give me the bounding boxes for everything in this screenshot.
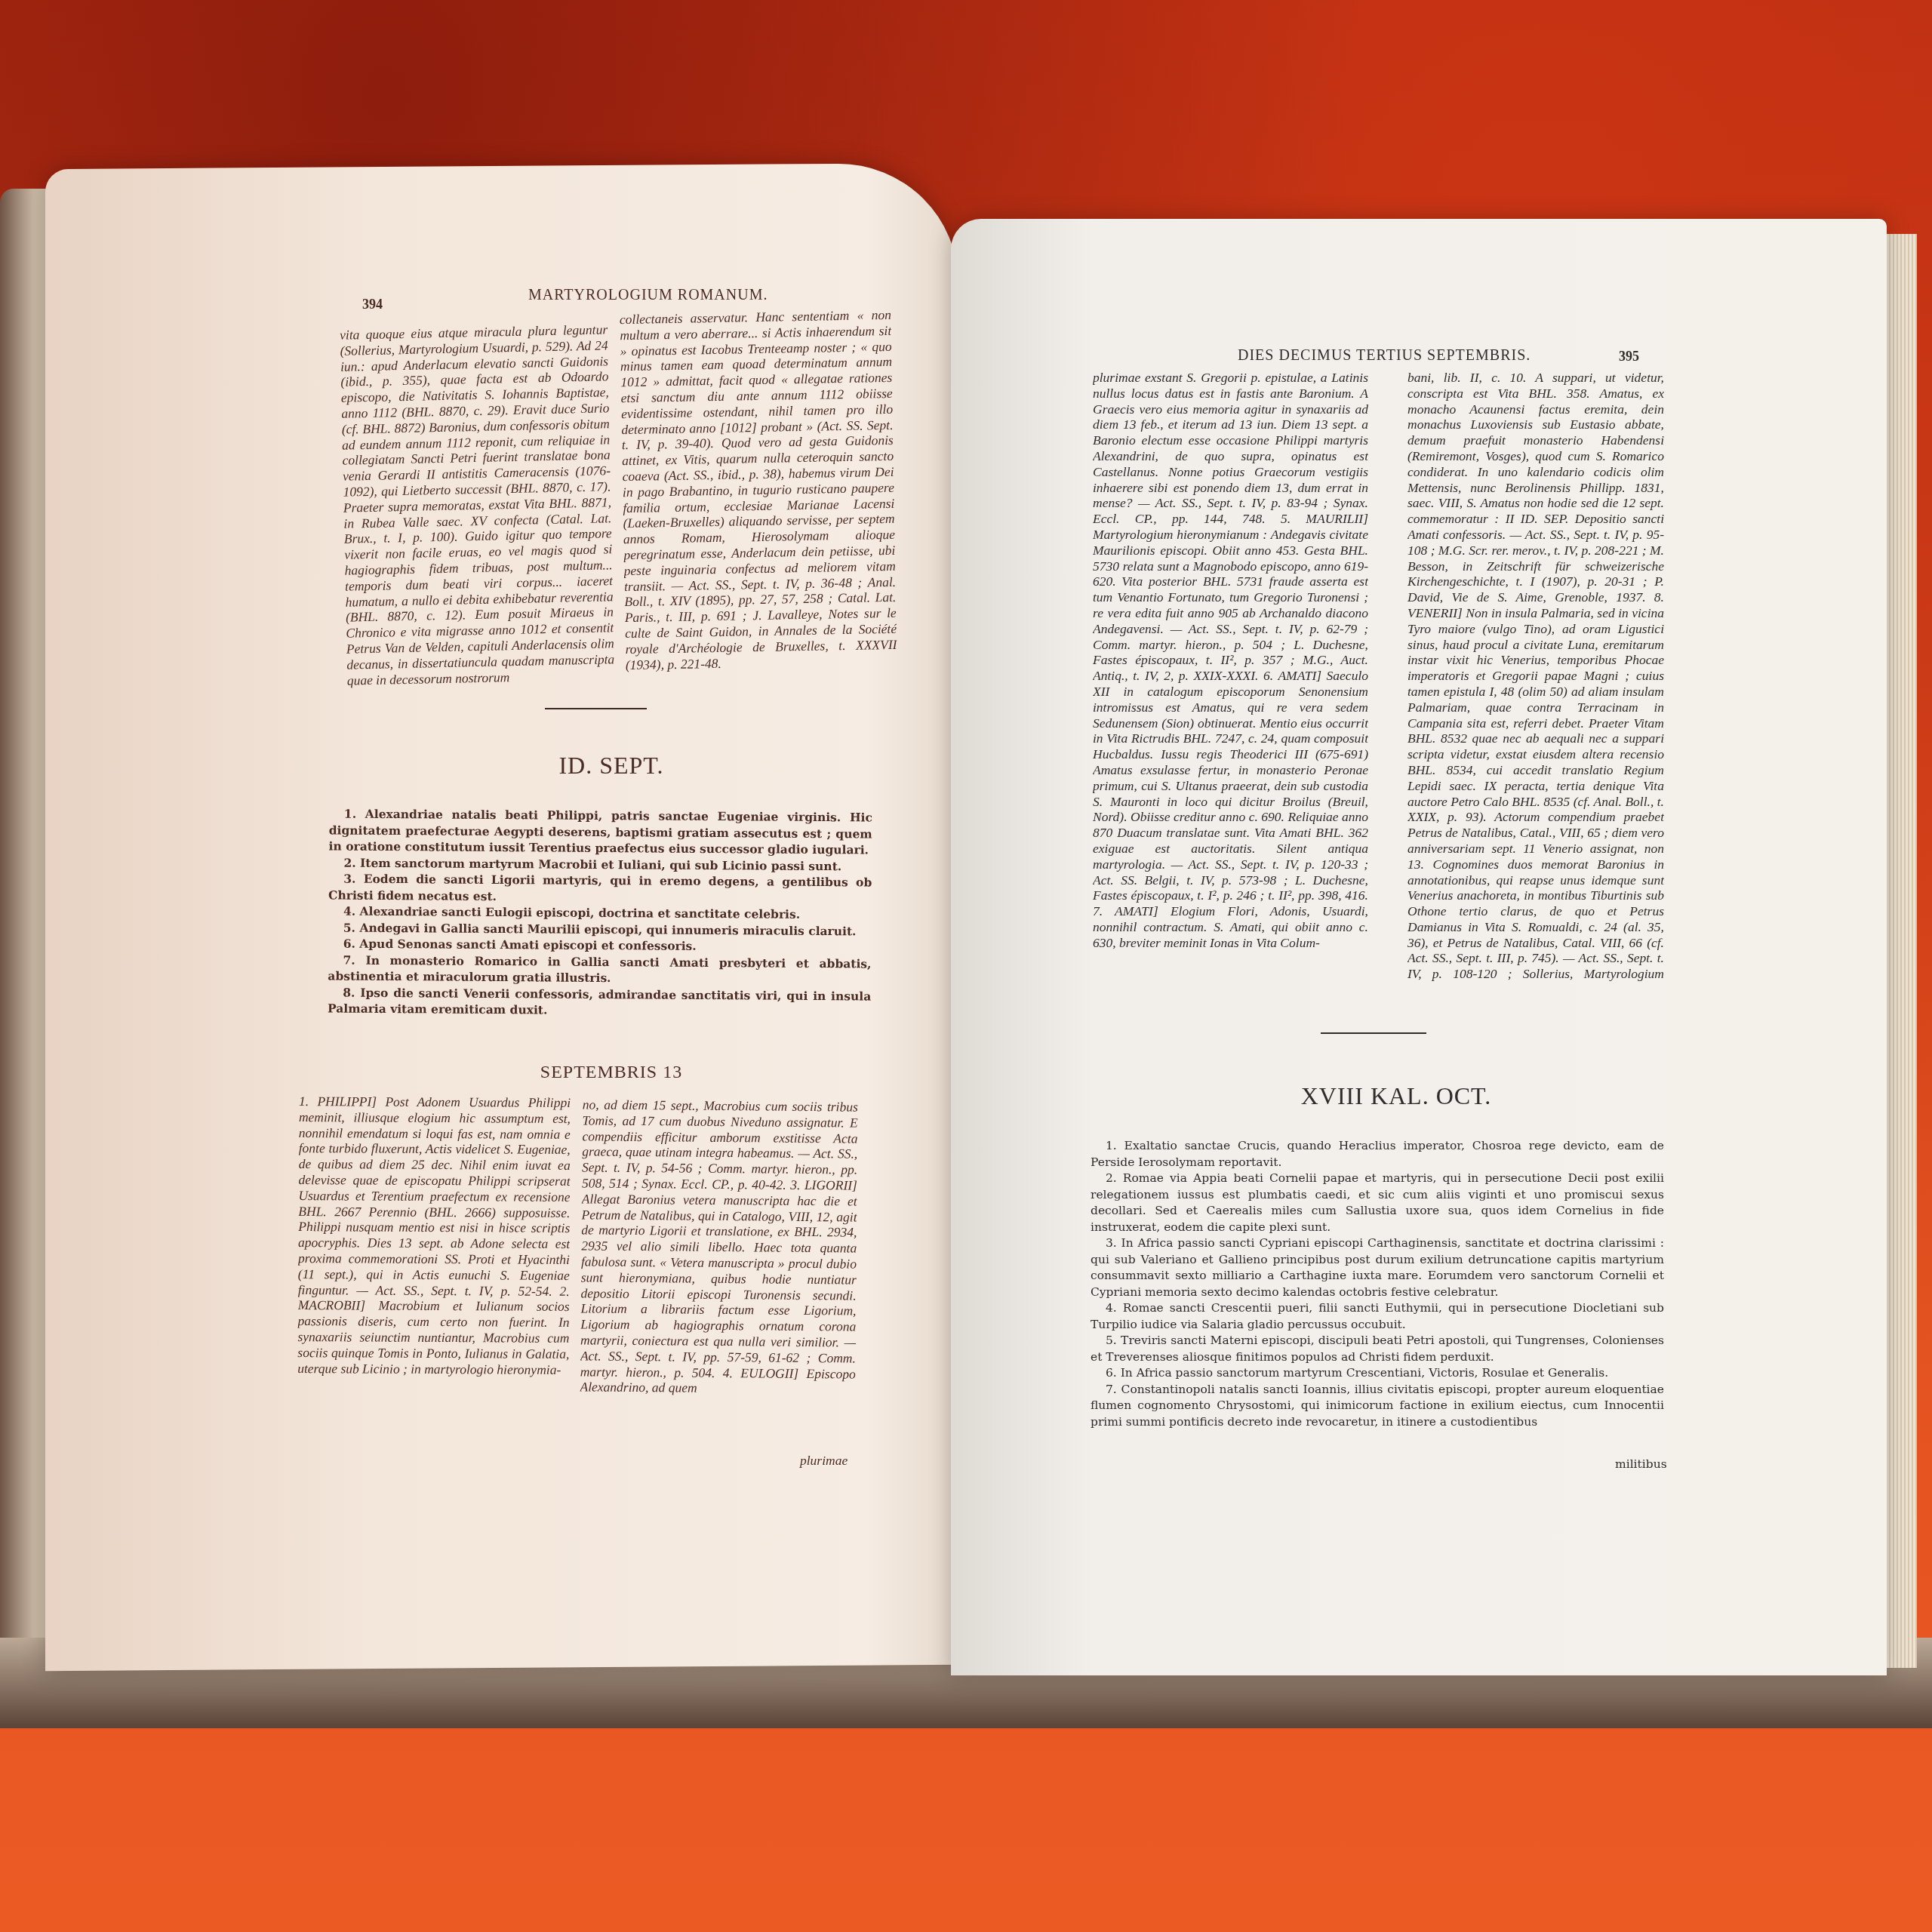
section-divider [545, 708, 647, 709]
entry-8: 8. Ipso die sancti Venerii confessoris, … [328, 984, 871, 1020]
left-section-heading: ID. SEPT. [423, 752, 800, 780]
left-page-number: 394 [362, 297, 383, 312]
entry-3: 3. Eodem die sancti Ligorii martyris, qu… [328, 870, 872, 906]
right-section-heading: XVIII KAL. OCT. [1207, 1082, 1585, 1110]
entry-3: 3. In Africa passio sancti Cypriani epis… [1091, 1235, 1664, 1300]
right-notes-column-1: plurimae exstant S. Gregorii p. epistula… [1093, 370, 1368, 966]
entry-4: 4. Romae sancti Crescentii pueri, filii … [1091, 1300, 1664, 1333]
left-entries-list: 1. Alexandriae natalis beati Philippi, p… [328, 805, 872, 1020]
entry-1: 1. Alexandriae natalis beati Philippi, p… [329, 805, 872, 858]
entry-5: 5. Treviris sancti Materni episcopi, dis… [1091, 1333, 1664, 1365]
right-page-number: 395 [1619, 349, 1639, 365]
left-running-head: MARTYROLOGIUM ROMANUM. [528, 287, 768, 304]
right-entries-list: 1. Exaltatio sanctae Crucis, quando Hera… [1091, 1138, 1664, 1430]
entry-7: 7. Constantinopoli natalis sancti Ioanni… [1091, 1382, 1664, 1431]
entry-1: 1. Exaltatio sanctae Crucis, quando Hera… [1091, 1138, 1664, 1171]
entry-6: 6. In Africa passio sanctorum martyrum C… [1091, 1365, 1664, 1382]
entry-7: 7. In monasterio Romarico in Gallia sanc… [328, 952, 871, 988]
commentary-column-1: 1. PHILIPPI] Post Adonem Usuardus Philip… [297, 1094, 571, 1427]
right-notes-column-2: bani, lib. II, c. 10. A suppari, ut vide… [1407, 370, 1664, 981]
right-catchword: militibus [1615, 1457, 1667, 1473]
right-running-head: DIES DECIMUS TERTIUS SEPTEMBRIS. [1238, 347, 1531, 365]
right-section-divider [1321, 1032, 1426, 1034]
left-notes-column-1: vita quoque eius atque miracula plura le… [340, 321, 615, 693]
left-catchword: plurimae [800, 1453, 848, 1469]
entry-2: 2. Romae via Appia beati Cornelii papae … [1091, 1171, 1664, 1235]
commentary-column-2: no, ad diem 15 sept., Macrobius cum soci… [580, 1097, 858, 1431]
commentary-heading: SEPTEMBRIS 13 [453, 1063, 770, 1083]
left-notes-column-2: collectaneis asservatur. Hanc sententiam… [620, 307, 897, 681]
